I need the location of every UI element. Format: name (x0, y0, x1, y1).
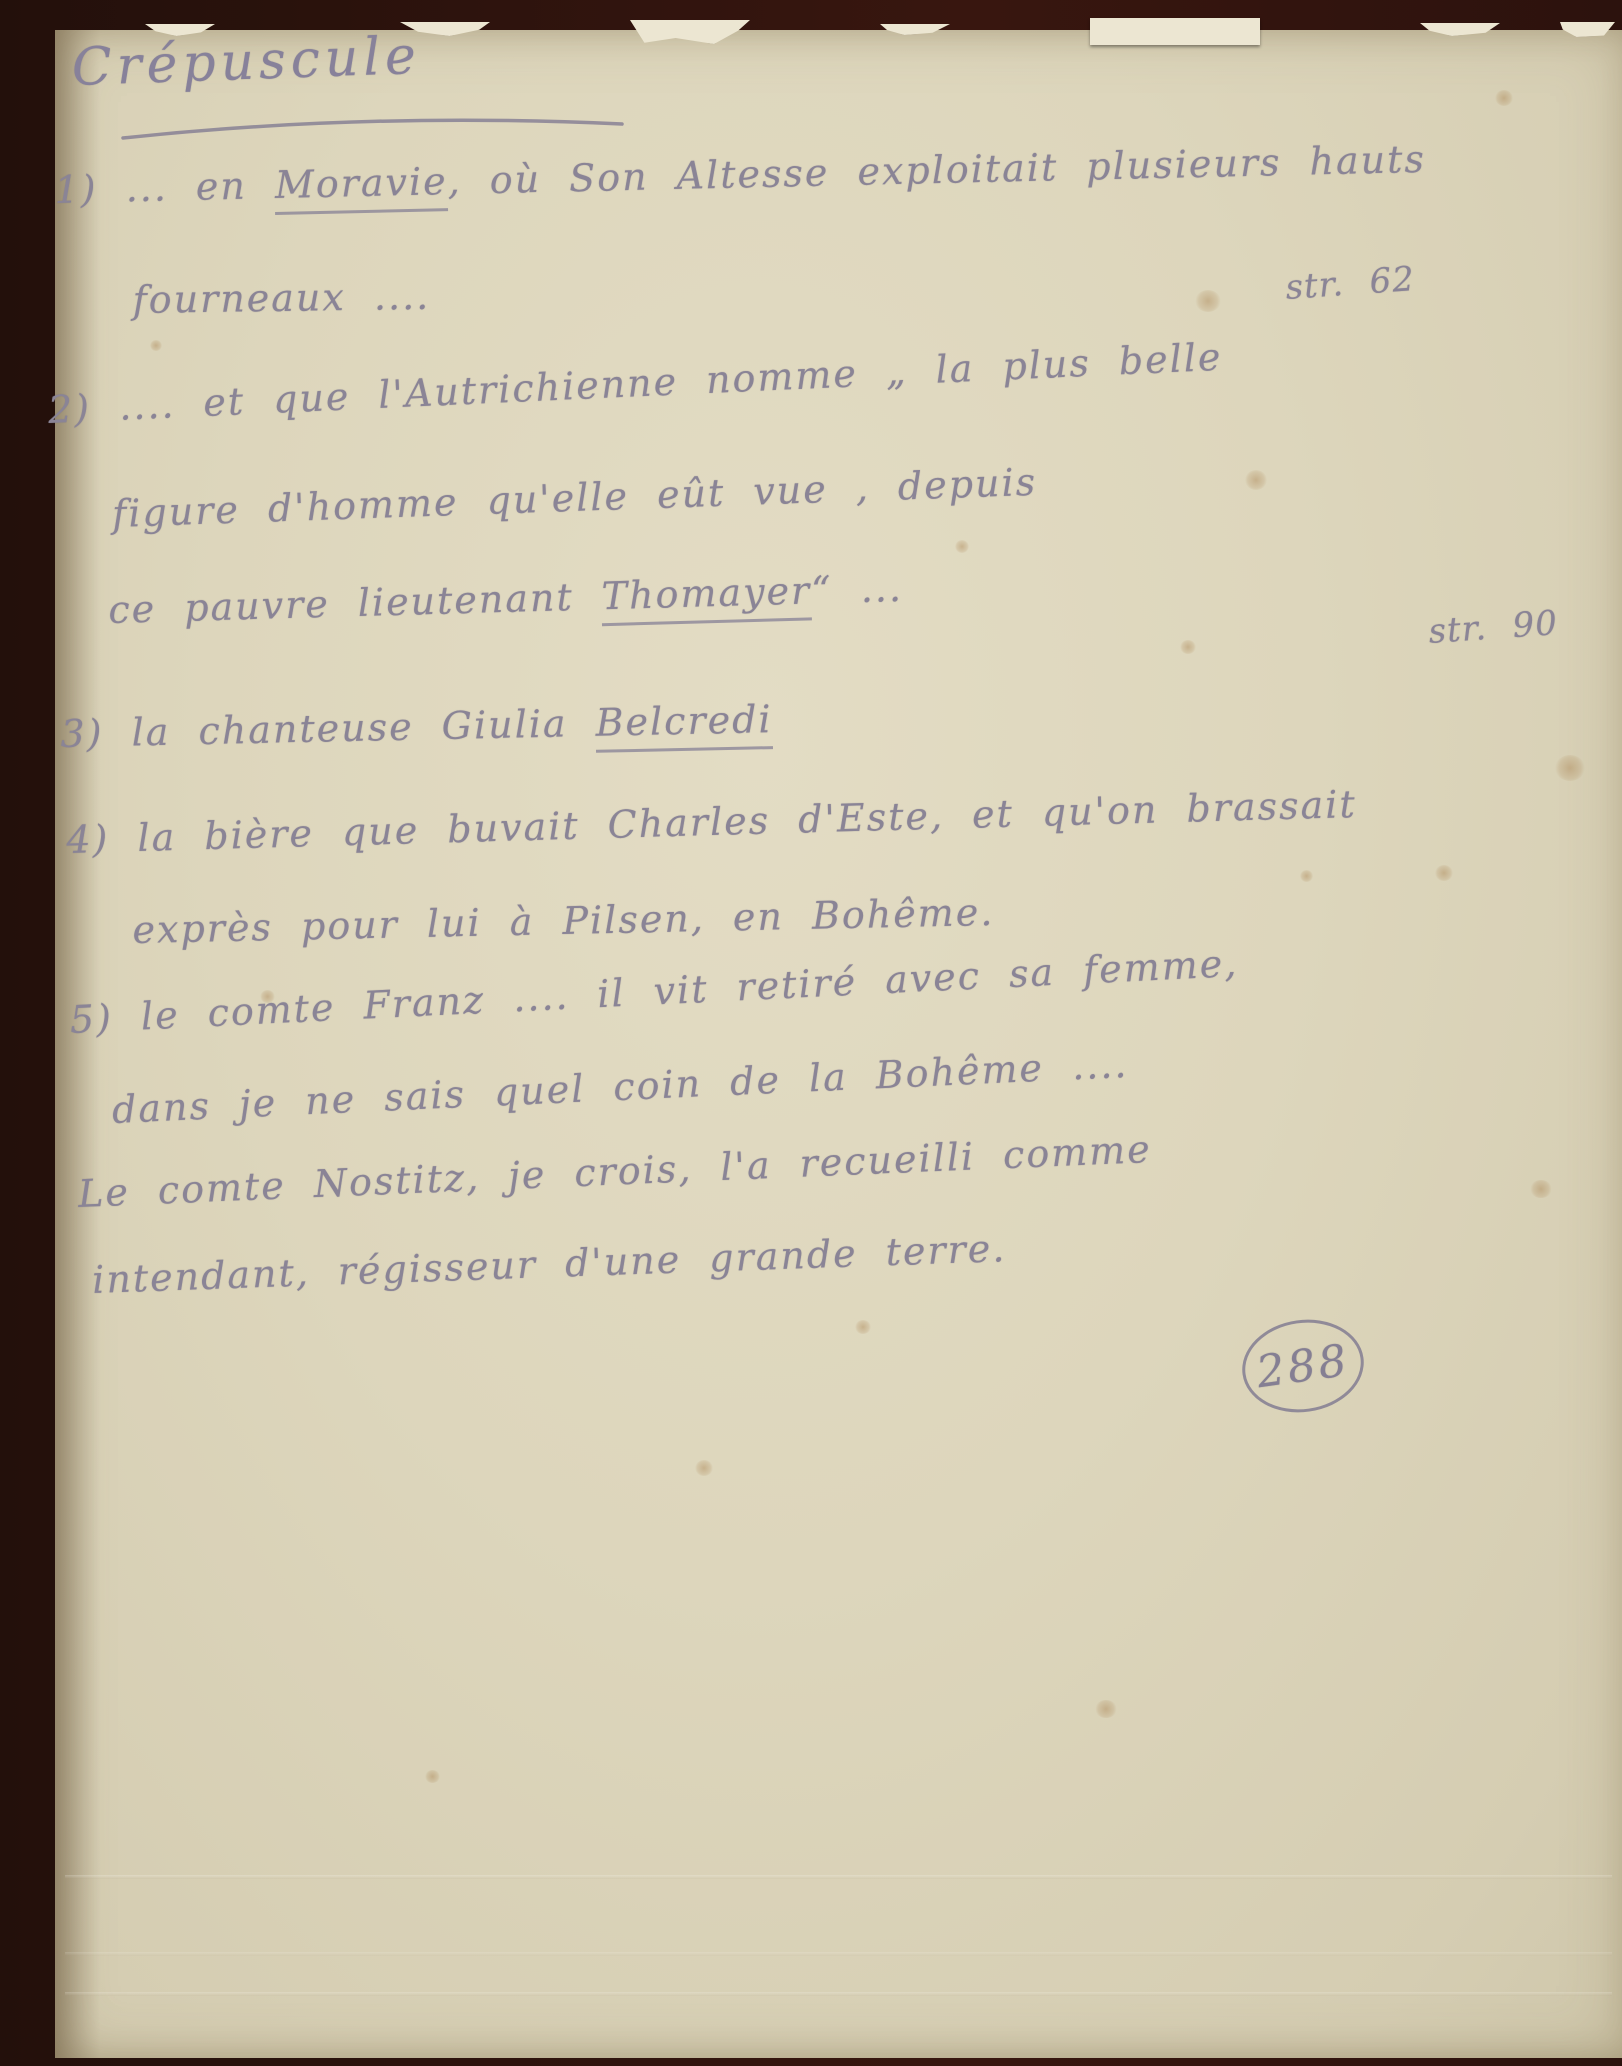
foxing-spot (1095, 1700, 1117, 1718)
note-line: dans je ne sais quel coin de la Bohême .… (111, 1042, 1129, 1132)
note-line: Le comte Nostitz, je crois, l'a recueill… (77, 1127, 1152, 1216)
foxing-spot (1555, 755, 1585, 781)
note-line: 1) ... en Moravie, où Son Altesse exploi… (54, 137, 1426, 212)
page-gutter-shadow (55, 30, 100, 2058)
foxing-spot (150, 340, 162, 351)
line-text: 3) la chanteuse Giulia (60, 701, 596, 756)
page-reference: str. 62 (1284, 259, 1416, 308)
page-reference: str. 90 (1427, 603, 1559, 652)
line-text: fourneaux .... (132, 274, 430, 322)
note-line: fourneaux .... (132, 274, 430, 322)
foxing-spot (855, 1320, 871, 1334)
foxing-spot (1495, 90, 1513, 106)
underlined-word: Belcredi (595, 697, 773, 753)
line-text: 2) .... et que l'Autrichienne nomme „ la… (47, 335, 1223, 432)
line-text: dans je ne sais quel coin de la Bohême .… (111, 1042, 1129, 1132)
line-text: 4) la bière que buvait Charles d'Este, e… (66, 782, 1357, 862)
foxing-spot (425, 1770, 440, 1783)
line-text: “ ... (810, 566, 903, 613)
foxing-spot (1435, 865, 1453, 881)
foxing-spot (695, 1460, 713, 1476)
line-text: , où Son Altesse exploitait plusieurs ha… (447, 137, 1426, 203)
note-line: figure d'homme qu'elle eût vue , depuis (111, 460, 1037, 536)
line-text: intendant, régisseur d'une grande terre. (91, 1226, 1007, 1302)
foxing-spot (955, 540, 969, 553)
underlined-word: Thomayer (601, 568, 812, 626)
torn-paper-fragment (1090, 18, 1260, 45)
foxing-spot (1180, 640, 1196, 654)
paper-crease (65, 1952, 1612, 1956)
paper-crease (65, 1992, 1612, 1996)
foxing-spot (1245, 470, 1267, 490)
note-line: 4) la bière que buvait Charles d'Este, e… (66, 782, 1357, 862)
line-text: Le comte Nostitz, je crois, l'a recueill… (77, 1127, 1152, 1216)
line-text: 5) le comte Franz .... il vit retiré ave… (69, 941, 1239, 1042)
line-text: ce pauvre lieutenant (108, 574, 603, 632)
foxing-spot (1300, 870, 1313, 882)
note-line: 3) la chanteuse Giulia Belcredi (60, 697, 773, 756)
manuscript-page: Crépuscule 1) ... en Moravie, où Son Alt… (55, 30, 1622, 2058)
note-line: intendant, régisseur d'une grande terre. (91, 1226, 1007, 1302)
line-text: figure d'homme qu'elle eût vue , depuis (111, 460, 1037, 536)
foxing-spot (1530, 1180, 1552, 1198)
foxing-spot (1195, 290, 1221, 312)
underlined-word: Moravie (274, 159, 448, 215)
note-line: 5) le comte Franz .... il vit retiré ave… (69, 941, 1239, 1042)
paper-crease (65, 1875, 1612, 1879)
note-line: exprès pour lui à Pilsen, en Bohême. (132, 890, 995, 952)
line-text: exprès pour lui à Pilsen, en Bohême. (132, 890, 995, 952)
title-underline-stroke (117, 102, 637, 146)
note-line: ce pauvre lieutenant Thomayer“ ... (108, 566, 904, 632)
note-line: 2) .... et que l'Autrichienne nomme „ la… (47, 335, 1223, 432)
line-text: 1) ... en (54, 163, 275, 212)
page-title: Crépuscule (71, 26, 422, 98)
